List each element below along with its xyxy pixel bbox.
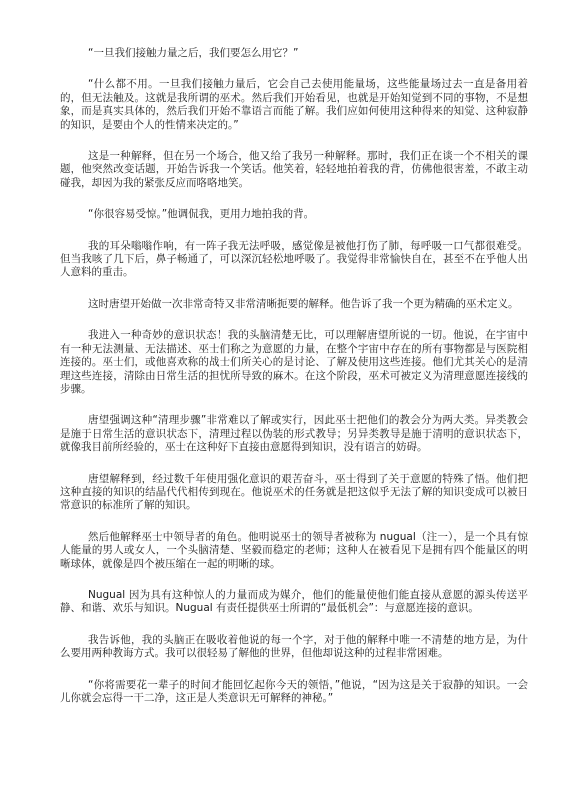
- paragraph: 我告诉他，我的头脑正在吸收着他说的每一个字，对于他的解释中唯一不清楚的地方是，为…: [60, 634, 528, 661]
- paragraph: “你将需要花一辈子的时间才能回忆起你今天的领悟，”他说，“因为这是关于寂静的知识…: [60, 679, 528, 706]
- page-text-column: “一旦我们接触力量之后，我们要怎么用它？”“什么都不用。一旦我们接触力量后，它会…: [60, 47, 528, 723]
- paragraph: 我的耳朵嗡嗡作响，有一阵子我无法呼吸，感觉像是被他打伤了肺，每呼吸一口气都很难受…: [60, 240, 528, 280]
- paragraph: 这时唐望开始做一次非常奇特又非常清晰扼要的解释。他告诉了我一个更为精确的巫术定义…: [60, 298, 528, 311]
- paragraph: “一旦我们接触力量之后，我们要怎么用它？”: [60, 47, 528, 60]
- paragraph: “你很容易受惊。”他调侃我，更用力地拍我的背。: [60, 208, 528, 221]
- paragraph: 我进入一种奇妙的意识状态！我的头脑清楚无比，可以理解唐望所说的一切。他说，在宇宙…: [60, 329, 528, 396]
- paragraph: 唐望解释到，经过数千年使用强化意识的艰苦奋斗，巫士得到了关于意愿的特殊了悟。他们…: [60, 473, 528, 513]
- paragraph: 唐望强调这种“清理步骤”非常难以了解或实行，因此巫士把他们的教会分为两大类。异类…: [60, 414, 528, 454]
- document-page: “一旦我们接触力量之后，我们要怎么用它？”“什么都不用。一旦我们接触力量后，它会…: [0, 0, 587, 812]
- paragraph: Nugual 因为具有这种惊人的力量而成为媒介，他们的能量使他们能直接从意愿的源…: [60, 589, 528, 616]
- paragraph: 然后他解释巫士中领导者的角色。他明说巫士的领导者被称为 nugual（注一），是…: [60, 531, 528, 571]
- paragraph: “什么都不用。一旦我们接触力量后，它会自己去使用能量场，这些能量场过去一直是备用…: [60, 78, 528, 132]
- paragraph: 这是一种解释，但在另一个场合，他又给了我另一种解释。那时，我们正在谈一个不相关的…: [60, 150, 528, 190]
